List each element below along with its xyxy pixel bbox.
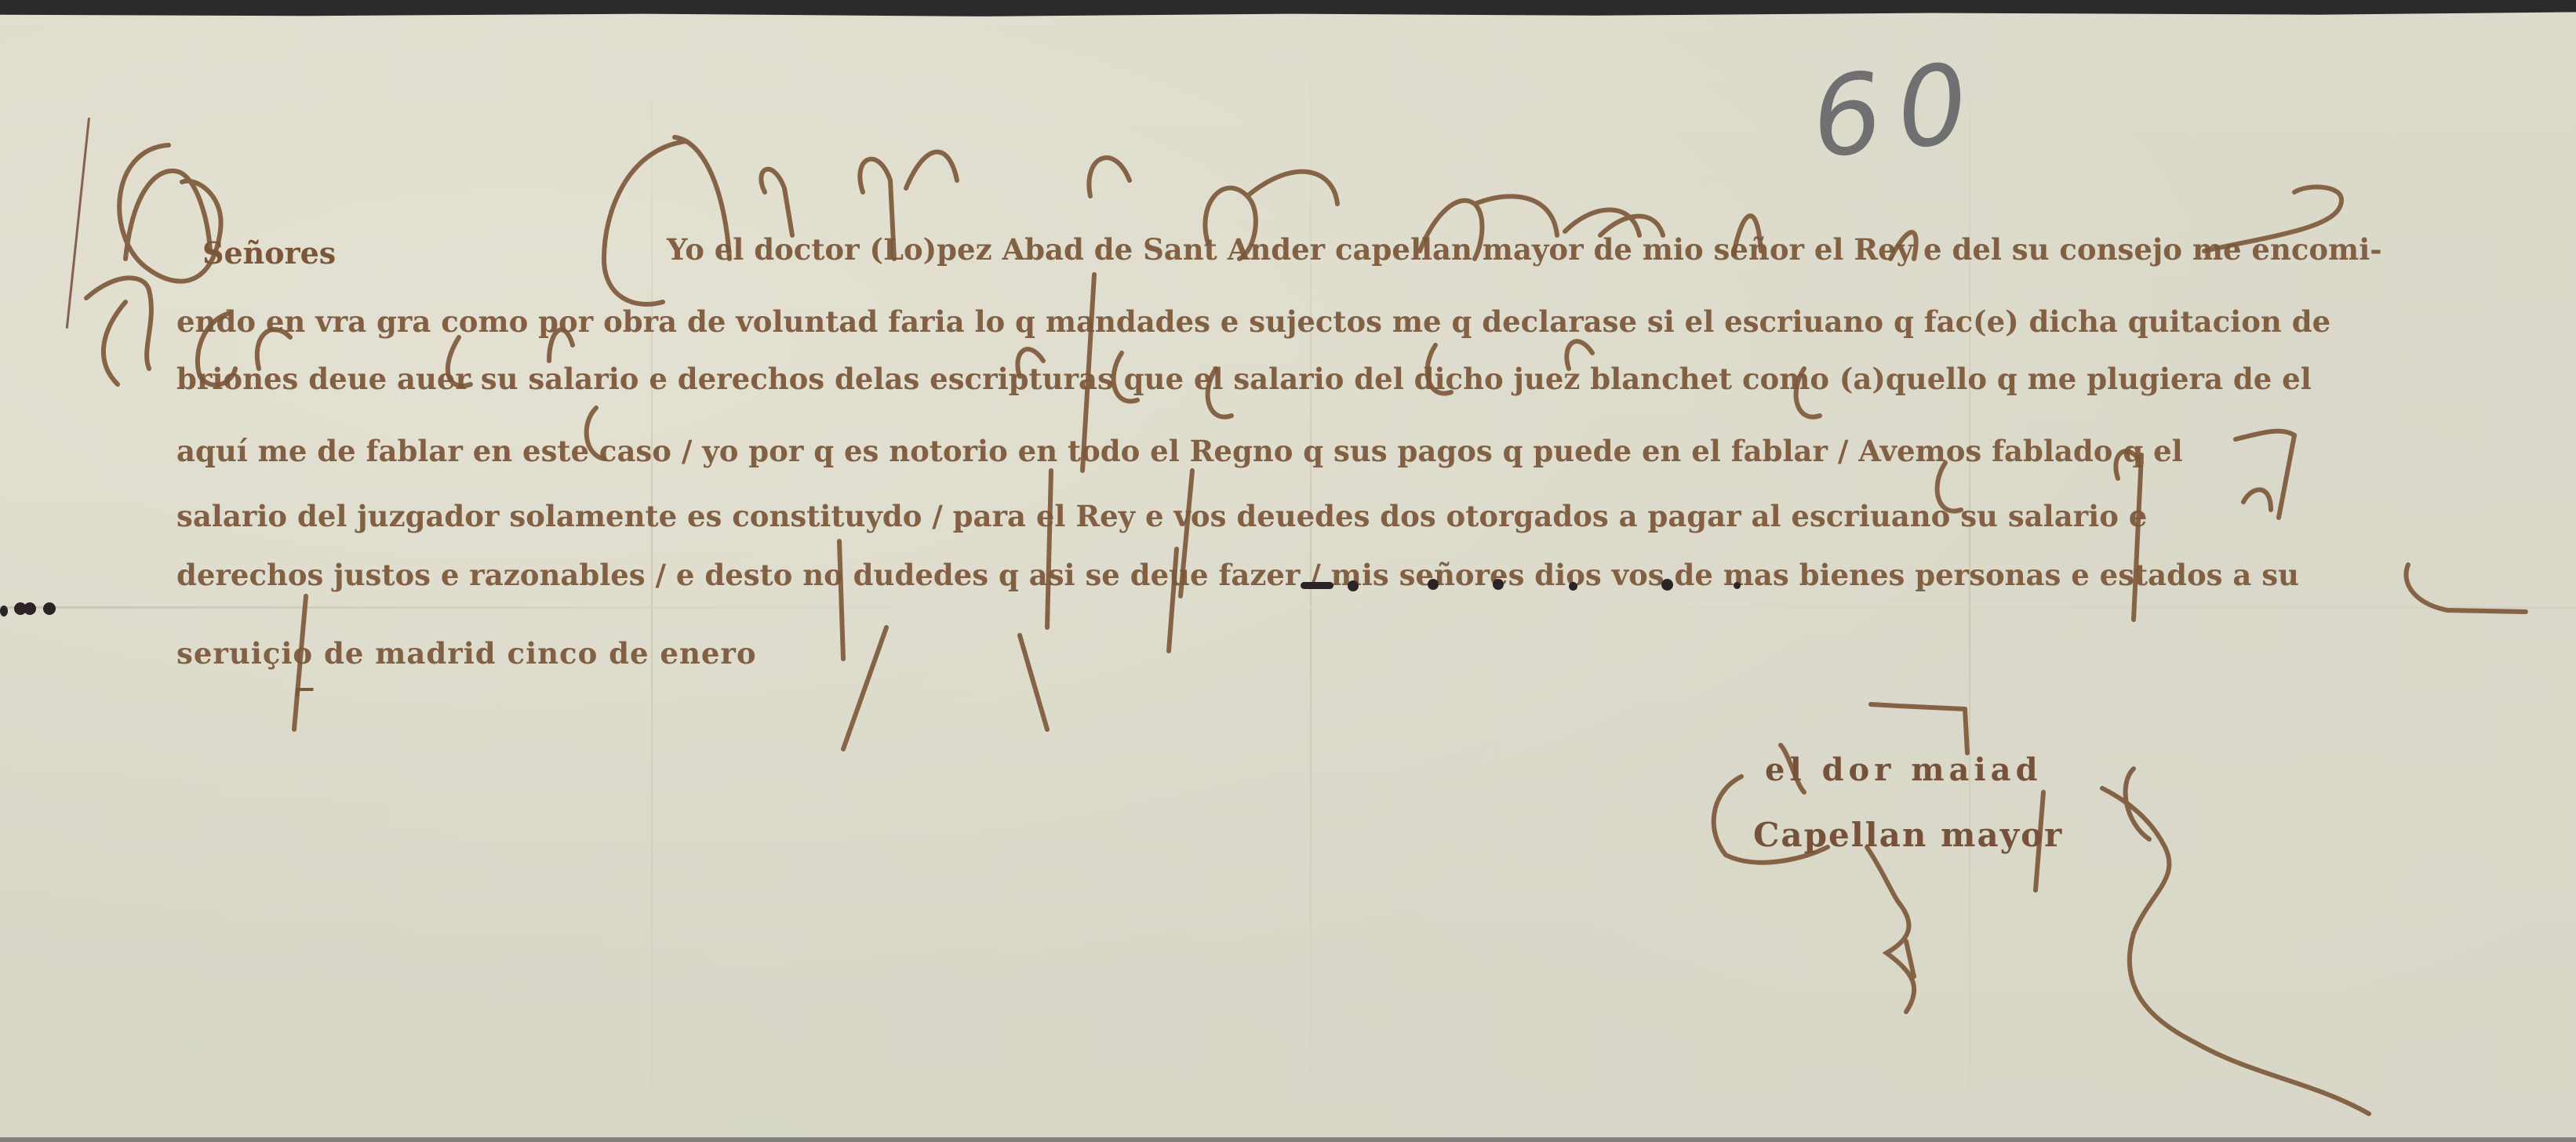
ink-dot: [1348, 580, 1359, 591]
ink-dash: [1301, 582, 1333, 589]
ink-dot: [1734, 582, 1741, 589]
text-line-1: Yo el doctor (Lo)pez Abad de Sant Ander …: [667, 235, 2382, 264]
ink-dot: [24, 602, 36, 615]
text-line-7: seruiçio de madrid cinco de enero: [176, 639, 757, 668]
ink-dot: [0, 606, 8, 616]
signature-line-2: Capellan mayor: [1753, 816, 2063, 854]
signature-line-1: el dor maiad: [1765, 751, 2043, 788]
salutation: Señores: [202, 235, 336, 271]
ink-dot: [1428, 579, 1439, 590]
ink-dot: [1569, 582, 1577, 591]
manuscript-page: 60: [0, 0, 2576, 1142]
folio-number: 60: [1806, 38, 1989, 184]
margin-rule: [66, 118, 90, 329]
text-line-3: briones deue auer su salario e derechos …: [176, 365, 2312, 394]
text-line-5: salario del juzgador solamente es consti…: [176, 502, 2147, 531]
page-bottom-edge: [0, 1137, 2576, 1142]
text-line-2: endo en vra gra como por obra de volunta…: [176, 307, 2330, 336]
ink-dot: [43, 602, 56, 615]
horizontal-fold-crease: [0, 606, 2576, 609]
page-top-edge: [0, 0, 2576, 17]
abbreviation-mark: ⌐: [293, 675, 316, 707]
ink-dot: [1493, 579, 1504, 590]
text-line-6: derechos justos e razonables / e desto n…: [176, 561, 2299, 590]
text-line-4: aquí me de fablar en este caso / yo por …: [176, 437, 2183, 466]
ink-dot: [1661, 579, 1673, 591]
